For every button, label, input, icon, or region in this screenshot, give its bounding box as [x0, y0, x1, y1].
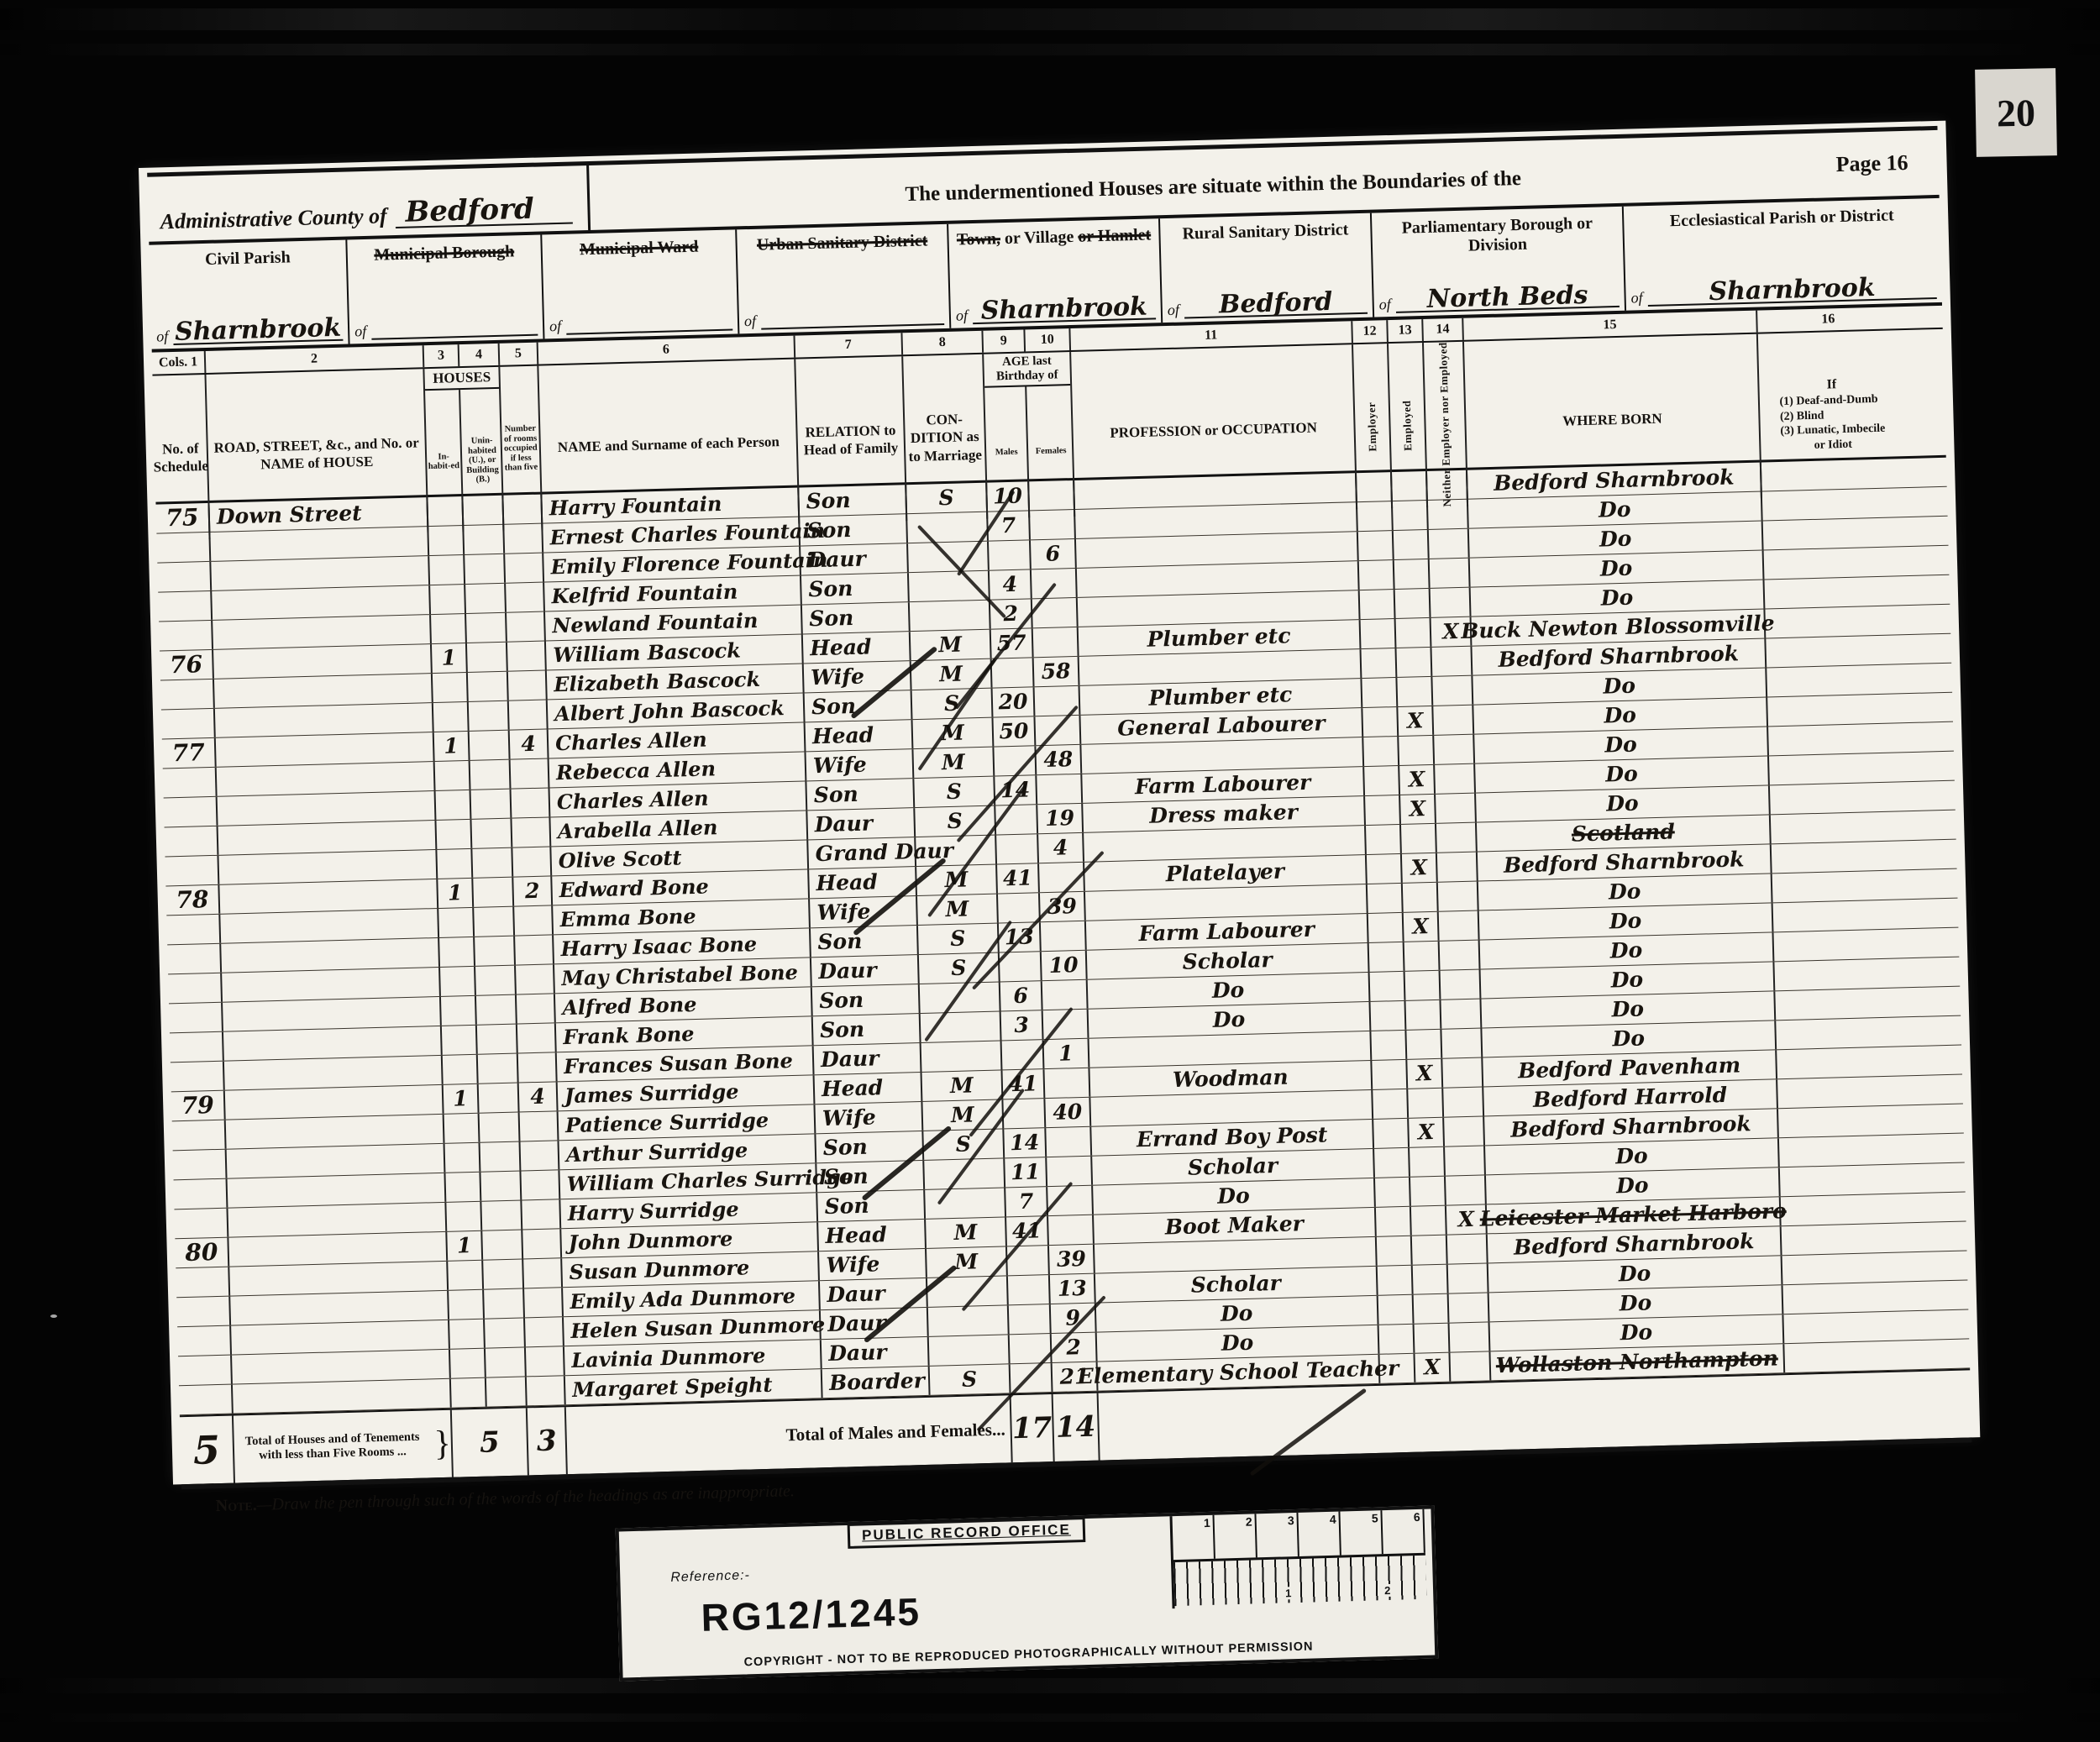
cell-age-male: 4	[990, 569, 1032, 599]
cell-employer-mark	[1374, 1148, 1410, 1178]
cell-neither-mark	[1430, 559, 1471, 588]
cell-inhabited	[436, 790, 472, 820]
census-sheet: Administrative County of Bedford The und…	[139, 121, 1980, 1485]
cell-employer-mark	[1365, 795, 1401, 825]
cell-employer-mark	[1362, 707, 1399, 737]
cell-inhabited	[436, 820, 472, 849]
cell-road	[229, 1262, 449, 1296]
cell-uninhabited	[465, 584, 507, 613]
field-municipal-ward: Municipal Ward of	[542, 229, 739, 338]
cell-infirmity	[1761, 459, 1903, 491]
cell-infirmity	[1775, 988, 1917, 1020]
cell-infirmity	[1766, 635, 1908, 667]
cell-employer-mark	[1370, 1001, 1406, 1031]
cell-age-male: 6	[1000, 981, 1043, 1010]
cell-uninhabited	[480, 1113, 521, 1142]
cell-age-male: 2	[990, 599, 1033, 628]
cell-schedule	[174, 1179, 228, 1209]
cell-employer-mark	[1371, 1031, 1407, 1060]
cell-infirmity	[1765, 606, 1907, 638]
cell-infirmity	[1771, 811, 1913, 843]
cell-road	[221, 938, 440, 973]
cell-neither-mark	[1445, 1146, 1486, 1175]
cell-rooms	[512, 847, 552, 876]
cell-employed-mark: X	[1404, 912, 1440, 942]
cell-rooms	[507, 641, 547, 670]
cell-rooms	[522, 1199, 561, 1229]
cell-road	[226, 1115, 445, 1149]
cell-schedule	[164, 797, 218, 827]
cell-relation: Son	[806, 779, 915, 810]
admin-county-value: Bedford	[395, 193, 573, 228]
cell-age-male	[989, 540, 1032, 569]
cell-neither-mark	[1441, 1028, 1483, 1057]
cell-employed-mark	[1403, 883, 1439, 912]
cell-age-female	[1030, 510, 1076, 539]
film-streak	[0, 1678, 2100, 1693]
cell-inhabited	[449, 1320, 486, 1349]
cell-road	[213, 644, 433, 679]
cell-road	[214, 674, 433, 708]
cell-age-female	[1037, 774, 1083, 804]
ruler-inch-mark: 2	[1214, 1514, 1257, 1558]
cell-schedule	[161, 709, 216, 739]
cell-relation: Head	[818, 1220, 927, 1251]
cell-inhabited: 1	[444, 1084, 480, 1114]
cell-inhabited	[438, 908, 475, 937]
cell-infirmity	[1772, 870, 1914, 902]
public-record-office-box: PUBLIC RECORD OFFICE Reference:- RG12/12…	[616, 1505, 1439, 1681]
cell-employed-mark	[1410, 1177, 1446, 1206]
cell-employed-mark: X	[1409, 1118, 1445, 1147]
col-where-born: WHERE BORN	[1562, 410, 1662, 430]
cell-employed-mark	[1399, 736, 1435, 765]
cell-employer-mark	[1359, 560, 1395, 590]
cell-relation: Head	[803, 632, 911, 663]
ruler-inch-mark: 4	[1298, 1512, 1341, 1556]
cell-age-female	[1041, 921, 1087, 951]
cell-inhabited	[451, 1378, 487, 1408]
cell-neither-mark	[1443, 1087, 1484, 1116]
cell-age-female	[1048, 1215, 1095, 1245]
cell-inhabited	[437, 849, 473, 879]
col-rooms: Number of rooms occupied if less than fi…	[501, 424, 539, 474]
ruler-inch-mark: 5	[1340, 1510, 1383, 1555]
cell-road	[219, 879, 438, 914]
cell-age-male: 7	[1005, 1187, 1048, 1216]
cell-rooms	[517, 1023, 557, 1052]
cell-relation: Son	[802, 602, 911, 633]
cell-inhabited	[450, 1349, 486, 1378]
cell-inhabited	[446, 1202, 482, 1231]
cell-relation: Son	[805, 690, 913, 721]
col-road: ROAD, STREET, &c., and No. or NAME of HO…	[207, 433, 425, 475]
cell-neither-mark	[1444, 1116, 1485, 1146]
cell-neither-mark	[1433, 706, 1474, 735]
cell-rooms	[522, 1229, 562, 1258]
cell-road	[223, 1026, 443, 1061]
cell-employer-mark	[1362, 678, 1398, 707]
cell-employer-mark	[1378, 1295, 1415, 1325]
cell-road	[222, 968, 441, 1002]
col-infirmities: If (1) Deaf-and-Dumb (2) Blind (3) Lunat…	[1776, 375, 1886, 454]
cell-employed-mark: X	[1407, 1059, 1443, 1089]
reference-number: RG12/1245	[701, 1589, 922, 1640]
cell-rooms	[503, 495, 543, 524]
cell-road	[227, 1144, 446, 1178]
cell-condition: S	[930, 1364, 1011, 1395]
cell-age-female: 13	[1050, 1274, 1096, 1304]
cell-road	[224, 1056, 444, 1090]
cell-condition	[910, 601, 991, 632]
cell-age-male: 14	[1004, 1128, 1047, 1157]
cell-uninhabited	[480, 1171, 522, 1200]
field-urban-sanitary: Urban Sanitary District of	[737, 224, 951, 334]
cell-uninhabited	[468, 672, 509, 701]
cell-inhabited	[439, 937, 475, 967]
cell-infirmity	[1776, 1017, 1918, 1049]
cell-employed-mark	[1410, 1147, 1446, 1177]
cell-uninhabited	[473, 878, 514, 907]
cell-age-female: 58	[1034, 657, 1080, 686]
cell-employer-mark	[1378, 1266, 1414, 1295]
cell-inhabited	[443, 1055, 479, 1084]
rooms-total: 3	[536, 1424, 557, 1458]
cell-age-female	[1033, 627, 1079, 657]
table-body: 75Down StreetHarry FountainSonS10Bedford…	[155, 458, 1970, 1415]
cell-inhabited	[448, 1261, 484, 1290]
cell-inhabited	[444, 1114, 480, 1143]
cell-age-female	[1046, 1127, 1092, 1157]
cell-age-female: 19	[1037, 804, 1084, 833]
cell-neither-mark	[1438, 882, 1479, 911]
cell-infirmity	[1782, 1252, 1924, 1284]
cell-employer-mark	[1379, 1354, 1415, 1383]
cell-inhabited	[445, 1143, 481, 1173]
cell-relation: Daur	[814, 1043, 922, 1074]
cell-employer-mark	[1377, 1236, 1413, 1266]
cell-employer-mark	[1369, 942, 1405, 972]
cell-schedule	[157, 562, 212, 592]
cell-schedule	[171, 1062, 225, 1092]
cell-infirmity	[1784, 1341, 1926, 1372]
ruler-inch-mark: 6	[1382, 1509, 1425, 1554]
cell-rooms	[505, 554, 544, 583]
cell-neither-mark	[1436, 823, 1478, 853]
cell-rooms	[515, 935, 554, 964]
cell-employed-mark	[1396, 648, 1432, 677]
cell-employed-mark	[1404, 942, 1441, 971]
cell-uninhabited	[476, 995, 517, 1025]
cell-employed-mark	[1392, 471, 1428, 501]
cell-infirmity	[1764, 547, 1906, 579]
cell-schedule	[173, 1150, 228, 1180]
cell-relation: Son	[800, 514, 908, 545]
cell-neither-mark	[1436, 794, 1477, 823]
cell-rooms	[517, 994, 556, 1023]
cell-rooms	[525, 1317, 564, 1346]
cell-employed-mark	[1405, 1000, 1441, 1030]
cell-rooms	[526, 1346, 565, 1376]
cell-neither-mark	[1434, 735, 1475, 764]
cell-employer-mark	[1361, 619, 1397, 648]
cell-relation: Head	[815, 1073, 923, 1104]
cell-age-female: 48	[1036, 745, 1082, 774]
cell-infirmity	[1777, 1047, 1919, 1078]
cell-schedule	[156, 533, 211, 563]
cell-rooms: 4	[510, 729, 549, 758]
cell-road	[211, 556, 430, 590]
cell-neither-mark	[1446, 1175, 1487, 1204]
cell-age-female: 6	[1031, 539, 1077, 569]
cell-road	[220, 909, 439, 943]
cell-relation: Wife	[815, 1102, 923, 1133]
cell-employer-mark	[1373, 1119, 1410, 1148]
cell-inhabited	[441, 996, 477, 1026]
cell-relation: Head	[806, 720, 914, 751]
cell-employer-mark	[1363, 737, 1399, 766]
cell-uninhabited	[472, 848, 513, 878]
cell-rooms	[512, 788, 551, 817]
cell-employer-mark	[1370, 972, 1406, 1001]
cell-uninhabited	[470, 760, 512, 790]
cell-schedule	[176, 1297, 231, 1327]
cell-uninhabited	[478, 1054, 519, 1084]
cell-inhabited	[445, 1173, 481, 1202]
cell-infirmity	[1773, 929, 1915, 961]
cell-road	[216, 732, 435, 767]
cell-schedule: 77	[162, 738, 217, 769]
cell-schedule	[179, 1385, 234, 1415]
cell-age-male: 50	[993, 716, 1036, 746]
cell-relation: Boarder	[822, 1367, 931, 1398]
cell-inhabited	[442, 1026, 478, 1055]
margin-total: 5	[192, 1427, 220, 1473]
cell-rooms: 4	[519, 1082, 559, 1111]
cell-uninhabited	[477, 1025, 518, 1054]
cell-uninhabited	[479, 1084, 520, 1113]
cell-relation: Son	[813, 1014, 921, 1045]
cell-infirmity	[1765, 576, 1907, 608]
cell-employer-mark	[1373, 1089, 1409, 1119]
cell-neither-mark	[1441, 999, 1482, 1028]
cell-age-male: 3	[1001, 1010, 1044, 1040]
cell-relation: Son	[816, 1161, 925, 1192]
cell-rooms	[523, 1258, 563, 1288]
cell-rooms	[514, 905, 554, 935]
cell-schedule	[169, 1003, 223, 1033]
cell-road	[225, 1085, 444, 1120]
cell-inhabited	[428, 496, 464, 526]
cell-uninhabited	[480, 1141, 522, 1171]
cell-relation: Daur	[811, 955, 920, 986]
cell-condition: S	[923, 1129, 1005, 1160]
cell-condition	[920, 982, 1001, 1013]
cell-relation: Son	[811, 926, 919, 957]
cell-age-female	[1029, 480, 1075, 510]
cell-employer-mark	[1360, 590, 1396, 619]
cell-uninhabited	[469, 701, 510, 731]
cell-road	[230, 1291, 449, 1325]
cell-schedule	[174, 1209, 228, 1239]
cell-infirmity	[1779, 1135, 1921, 1167]
cell-uninhabited	[475, 937, 516, 966]
houses-total: 5	[480, 1425, 501, 1460]
cell-employed-mark	[1397, 677, 1433, 706]
field-civil-parish: Civil Parish of Sharnbrook	[149, 240, 349, 349]
cell-condition	[921, 1041, 1003, 1072]
cell-uninhabited	[467, 643, 508, 672]
cell-inhabited: 1	[432, 643, 468, 673]
cell-rooms	[511, 758, 550, 788]
cell-inhabited	[429, 555, 465, 585]
cell-road	[217, 762, 436, 796]
cell-relation: Daur	[801, 543, 909, 575]
cell-infirmity	[1767, 694, 1909, 726]
page-stamp: 20	[1975, 68, 2057, 157]
col-employed: Employed	[1401, 400, 1414, 451]
ruler-lower-mark: 2	[1383, 1584, 1393, 1597]
cell-inhabited	[440, 967, 476, 996]
cell-employed-mark	[1408, 1089, 1444, 1118]
cell-inhabited	[428, 526, 465, 555]
cell-employed-mark	[1395, 589, 1431, 618]
cell-neither-mark	[1429, 529, 1470, 559]
cell-inhabited	[431, 614, 467, 643]
cell-uninhabited	[474, 907, 515, 937]
cell-road	[212, 585, 431, 620]
cell-infirmity	[1777, 1076, 1919, 1108]
cell-uninhabited	[486, 1347, 527, 1377]
cell-employed-mark: X	[1399, 765, 1436, 795]
field-municipal-borough: Municipal Borough of	[347, 234, 544, 344]
cell-inhabited: 1	[447, 1231, 483, 1261]
cell-neither-mark	[1447, 1234, 1488, 1263]
cell-uninhabited	[486, 1377, 528, 1406]
cell-rooms	[506, 583, 545, 612]
cell-rooms	[508, 670, 548, 700]
cell-employed-mark	[1412, 1236, 1448, 1265]
cell-relation: Son	[799, 485, 907, 516]
cell-employer-mark	[1368, 913, 1404, 942]
reference-label: Reference:-	[670, 1568, 750, 1586]
col-condition: CON- DITION as to Marriage	[905, 410, 985, 465]
cell-employer-mark	[1375, 1178, 1411, 1207]
cell-employer-mark	[1364, 766, 1400, 795]
film-streak	[0, 44, 2100, 55]
cell-neither-mark	[1450, 1351, 1491, 1381]
cell-rooms	[509, 700, 549, 729]
cell-relation: Daur	[807, 808, 916, 839]
cell-employed-mark	[1413, 1265, 1449, 1294]
cell-age-male	[1009, 1304, 1052, 1334]
cell-rooms	[521, 1141, 560, 1170]
cell-age-male	[992, 658, 1035, 687]
cell-uninhabited	[481, 1200, 522, 1230]
cell-condition: M	[922, 1070, 1004, 1101]
cell-neither-mark	[1440, 941, 1481, 970]
cell-age-female	[1044, 1068, 1090, 1098]
cell-inhabited	[449, 1290, 485, 1320]
cell-infirmity	[1768, 723, 1910, 755]
cell-condition: S	[914, 777, 995, 808]
cell-infirmity	[1763, 517, 1905, 549]
cell-schedule	[178, 1356, 233, 1386]
cell-rooms	[518, 1052, 558, 1082]
cell-road	[228, 1203, 447, 1237]
cell-age-female: 10	[1042, 951, 1088, 980]
cell-schedule	[170, 1032, 224, 1063]
cell-schedule	[168, 973, 223, 1004]
cell-schedule	[165, 856, 219, 886]
cell-condition: S	[919, 952, 1000, 984]
cell-employed-mark	[1414, 1294, 1450, 1324]
cell-schedule: 75	[155, 503, 210, 533]
cell-rooms	[504, 524, 543, 554]
cell-employed-mark: X	[1415, 1353, 1451, 1383]
field-ecclesiastical: Ecclesiastical Parish or District of Sha…	[1624, 198, 1942, 311]
cell-road	[218, 791, 437, 826]
cell-employed-mark	[1406, 1030, 1442, 1059]
copyright-line: COPYRIGHT - NOT TO BE REPRODUCED PHOTOGR…	[622, 1636, 1435, 1672]
cell-condition	[924, 1158, 1005, 1189]
cell-age-male: 20	[993, 687, 1036, 716]
cell-schedule	[165, 826, 219, 857]
cell-road	[215, 703, 434, 737]
ruler-lower-mark: 1	[1284, 1587, 1294, 1599]
cell-employer-mark	[1357, 472, 1393, 501]
cell-infirmity	[1782, 1282, 1924, 1314]
cell-employer-mark	[1372, 1060, 1408, 1089]
cell-employed-mark	[1411, 1206, 1447, 1236]
cell-infirmity	[1767, 664, 1908, 696]
cell-road	[232, 1350, 451, 1384]
cell-employed-mark	[1394, 559, 1431, 589]
cell-uninhabited	[464, 525, 505, 554]
cell-relation: Grand Daur	[808, 837, 916, 868]
cell-employer-mark	[1376, 1207, 1412, 1236]
cell-schedule	[167, 944, 222, 974]
cell-inhabited	[430, 585, 466, 614]
cell-age-male: 41	[997, 863, 1040, 893]
film-streak	[0, 1713, 2100, 1722]
cell-infirmity	[1778, 1105, 1920, 1137]
cell-rooms	[521, 1170, 560, 1199]
cell-age-female	[1035, 716, 1081, 745]
males-females-label: Total of Males and Females...	[567, 1419, 1011, 1451]
cell-uninhabited	[465, 554, 506, 584]
cell-inhabited	[433, 702, 470, 732]
cell-relation: Wife	[806, 749, 914, 780]
cell-employer-mark	[1368, 884, 1404, 913]
cell-employed-mark: X	[1398, 706, 1434, 736]
cell-road	[213, 615, 432, 649]
houses-total-label: Total of Houses and of Tenements with le…	[234, 1430, 432, 1464]
cell-schedule	[163, 768, 218, 798]
cell-neither-mark	[1428, 500, 1469, 529]
cell-schedule: 80	[175, 1238, 229, 1268]
cell-inhabited	[433, 673, 469, 702]
cell-road	[233, 1379, 452, 1414]
col-name: NAME and Surname of each Person	[558, 433, 780, 457]
cell-road	[223, 997, 442, 1031]
cell-employed-mark	[1415, 1324, 1451, 1353]
field-rural-sanitary: Rural Sanitary District of Bedford	[1160, 213, 1374, 323]
cell-schedule	[160, 679, 215, 710]
cell-neither-mark	[1431, 588, 1472, 617]
cell-condition: S	[912, 689, 994, 720]
cell-neither-mark	[1431, 647, 1473, 676]
